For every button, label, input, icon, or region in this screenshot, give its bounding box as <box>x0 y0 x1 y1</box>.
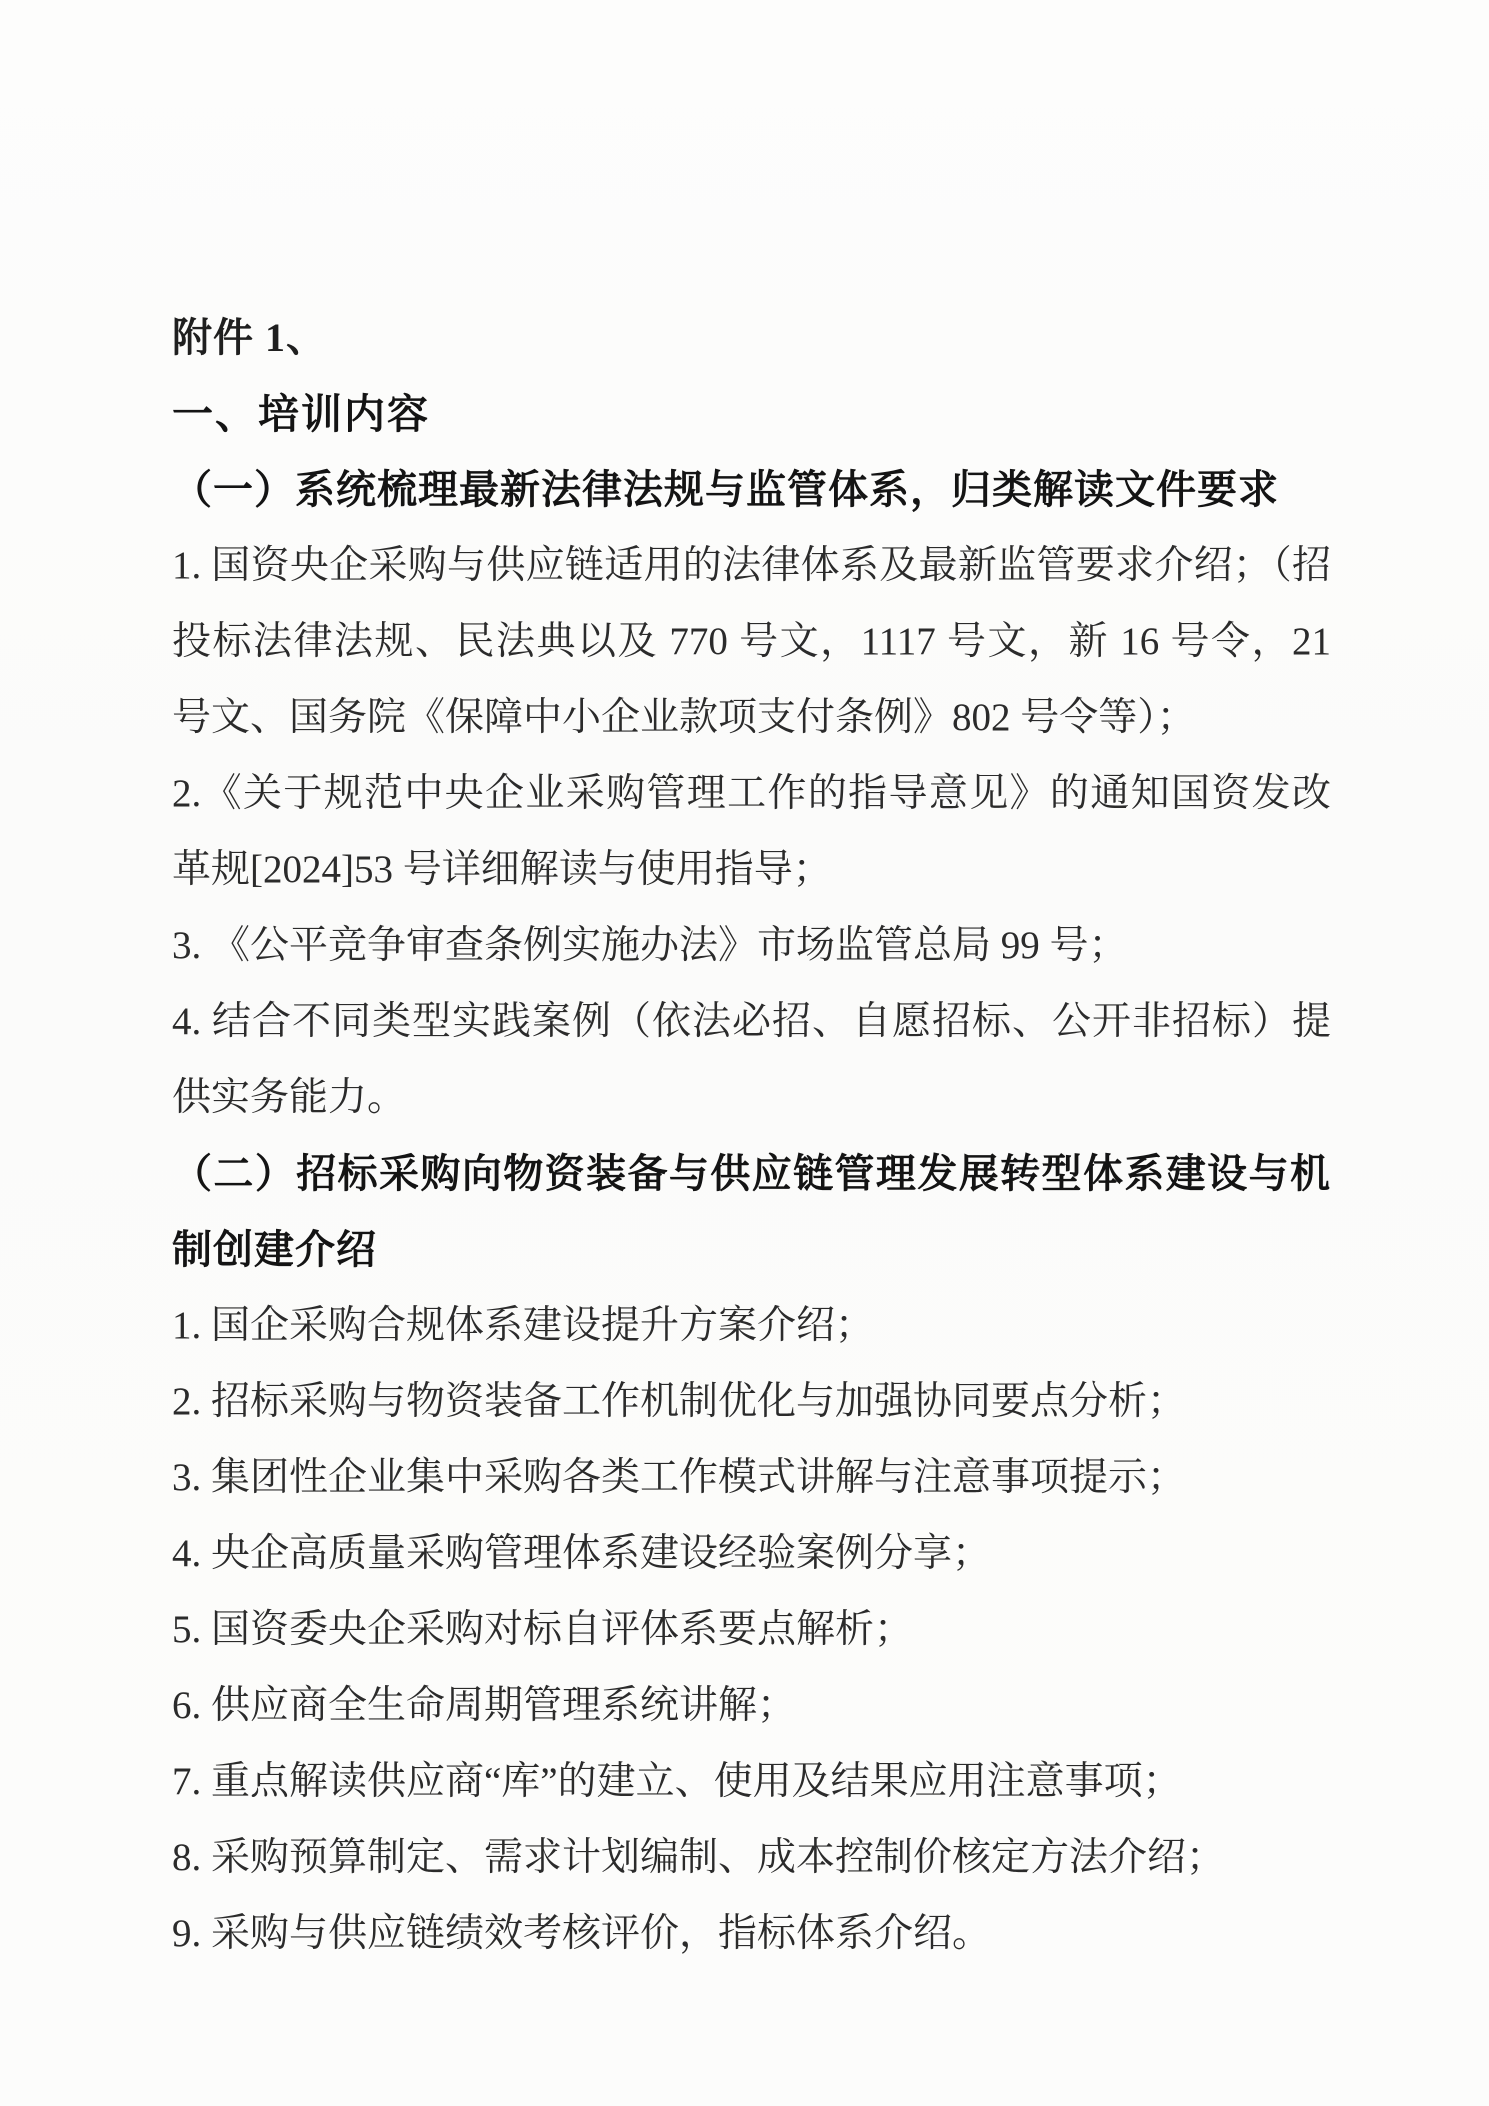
list-item: 4. 央企高质量采购管理体系建设经验案例分享； <box>172 1516 1331 1592</box>
list-item: 1. 国企采购合规体系建设提升方案介绍； <box>172 1288 1331 1364</box>
main-title: 一、培训内容 <box>172 376 1331 452</box>
list-item: 9. 采购与供应链绩效考核评价，指标体系介绍。 <box>172 1896 1331 1972</box>
list-item: 2. 招标采购与物资装备工作机制优化与加强协同要点分析； <box>172 1364 1331 1440</box>
list-item: 8. 采购预算制定、需求计划编制、成本控制价核定方法介绍； <box>172 1820 1331 1896</box>
document-page: 附件 1、 一、培训内容 （一）系统梳理最新法律法规与监管体系，归类解读文件要求… <box>0 0 1489 2106</box>
section-1-items: 1. 国资央企采购与供应链适用的法律体系及最新监管要求介绍；（招投标法律法规、民… <box>172 528 1331 1136</box>
list-item: 3. 集团性企业集中采购各类工作模式讲解与注意事项提示； <box>172 1440 1331 1516</box>
list-item: 6. 供应商全生命周期管理系统讲解； <box>172 1668 1331 1744</box>
list-item: 3. 《公平竞争审查条例实施办法》市场监管总局 99 号； <box>172 908 1331 984</box>
section-1-heading: （一）系统梳理最新法律法规与监管体系，归类解读文件要求 <box>172 452 1331 528</box>
attachment-label: 附件 1、 <box>172 300 1331 376</box>
section-2-items: 1. 国企采购合规体系建设提升方案介绍； 2. 招标采购与物资装备工作机制优化与… <box>172 1288 1331 1972</box>
list-item: 1. 国资央企采购与供应链适用的法律体系及最新监管要求介绍；（招投标法律法规、民… <box>172 528 1331 756</box>
list-item: 7. 重点解读供应商“库”的建立、使用及结果应用注意事项； <box>172 1744 1331 1820</box>
list-item: 2.《关于规范中央企业采购管理工作的指导意见》的通知国资发改革规[2024]53… <box>172 756 1331 908</box>
section-2-heading: （二）招标采购向物资装备与供应链管理发展转型体系建设与机制创建介绍 <box>172 1136 1331 1288</box>
list-item: 5. 国资委央企采购对标自评体系要点解析； <box>172 1592 1331 1668</box>
list-item: 4. 结合不同类型实践案例（依法必招、自愿招标、公开非招标）提供实务能力。 <box>172 984 1331 1136</box>
